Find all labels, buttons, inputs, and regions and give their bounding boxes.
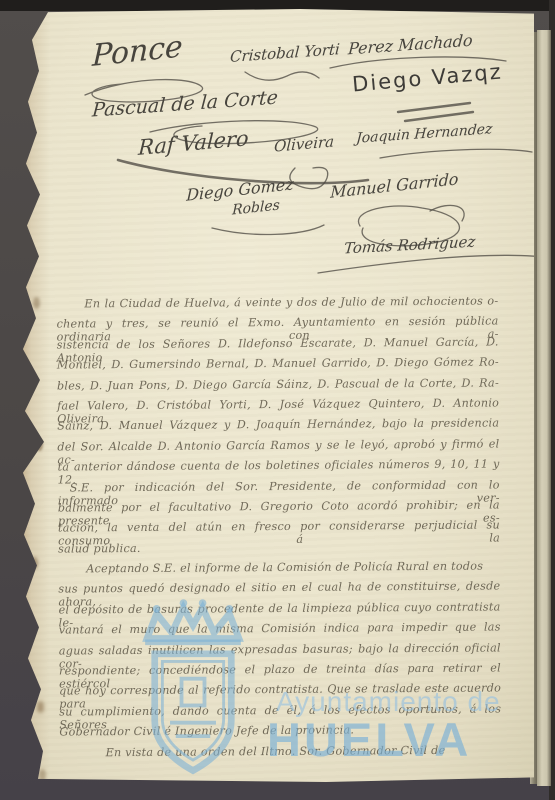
manuscript-line: En vista de una orden del Iltmo. Sor. Go…: [60, 743, 502, 766]
signature-manuel-garrido: Manuel Garrido: [330, 169, 459, 202]
signature-pascual-de-la-corte: Pascual de la Corte: [91, 86, 278, 121]
signature-tomas-rodriguez: Tomás Rodriguez: [343, 233, 476, 258]
torn-edge-stains: [36, 439, 43, 451]
signature-oliveira: Oliveira: [274, 132, 335, 155]
signature-raf-valero: Raf Valero: [138, 126, 250, 160]
manuscript-line: chenta y tres, se reunió el Exmo. Ayunta…: [57, 315, 499, 338]
signature-joaquin-hernandez: Joaquin Hernandez: [356, 121, 493, 147]
manuscript-line: tación, la venta del atún en fresco por …: [58, 519, 500, 542]
signature-robles: Robles: [232, 197, 280, 218]
manuscript-page: Ponce Cristobal Yorti Perez Machado Dieg…: [14, 9, 534, 782]
signature-perez-machado: Perez Machado: [347, 31, 473, 59]
signature-cristobal-yorti: Cristobal Yorti: [229, 40, 340, 66]
manuscript-body: En la Ciudad de Huelva, á veinte y dos d…: [56, 294, 501, 766]
signature-ponce: Ponce: [92, 29, 184, 74]
signatures-block: Ponce Cristobal Yorti Perez Machado Dieg…: [0, 0, 555, 300]
adjacent-page-edge: [537, 30, 551, 786]
signature-diego-vazqz: Diego Vazqz: [351, 59, 503, 96]
